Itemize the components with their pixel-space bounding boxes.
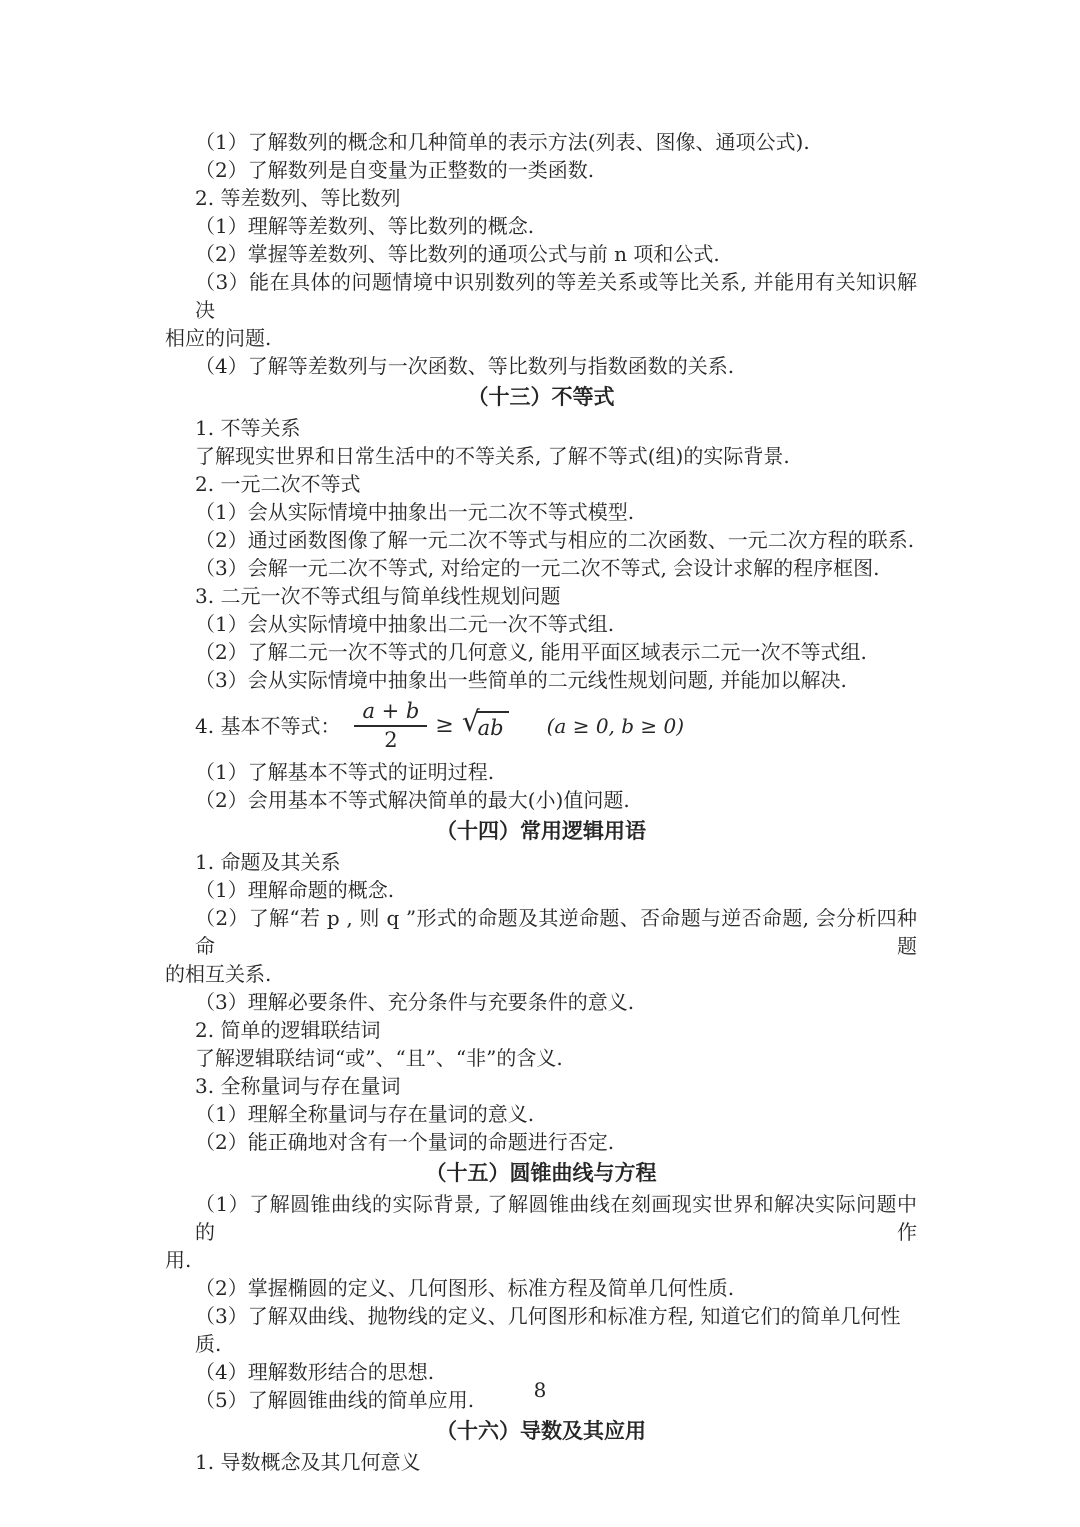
text-line: （3）会从实际情境中抽象出一些简单的二元线性规划问题, 并能加以解决. [195,666,917,694]
section-heading: （十四）常用逻辑用语 [165,817,917,845]
text-line: （1）理解全称量词与存在量词的意义. [195,1100,917,1128]
fraction: a + b2 [354,699,427,753]
text-line: （1）理解命题的概念. [195,876,917,904]
section-heading: （十六）导数及其应用 [165,1417,917,1445]
text-line: 1. 导数概念及其几何意义 [195,1448,917,1476]
text-line: （2）会用基本不等式解决简单的最大(小)值问题. [195,786,917,814]
section-heading: （十三）不等式 [165,383,917,411]
formula-label: 4. 基本不等式： [195,712,340,740]
text-line: （2）通过函数图像了解一元二次不等式与相应的二次函数、一元二次方程的联系. [195,526,917,554]
text-line: （3）理解必要条件、充分条件与充要条件的意义. [195,988,917,1016]
basic-inequality-formula: 4. 基本不等式：a + b2≥√ab(a ≥ 0, b ≥ 0) [195,694,917,758]
text-line: 2. 等差数列、等比数列 [195,184,917,212]
square-root: √ab [462,711,509,742]
text-line: （2）掌握椭圆的定义、几何图形、标准方程及简单几何性质. [195,1274,917,1302]
text-line: 2. 简单的逻辑联结词 [195,1016,917,1044]
text-line: （1）会从实际情境中抽象出二元一次不等式组. [195,610,917,638]
text-line: 3. 全称量词与存在量词 [195,1072,917,1100]
text-line: （4）了解等差数列与一次函数、等比数列与指数函数的关系. [195,352,917,380]
greater-equal-sign: ≥ [435,712,453,740]
text-line: 1. 命题及其关系 [195,848,917,876]
text-line: （3）能在具体的问题情境中识别数列的等差关系或等比关系, 并能用有关知识解决 [195,268,917,324]
text-line: （2）了解二元一次不等式的几何意义, 能用平面区域表示二元一次不等式组. [195,638,917,666]
text-line: （3）了解双曲线、抛物线的定义、几何图形和标准方程, 知道它们的简单几何性质. [195,1302,917,1358]
text-line: （1）了解数列的概念和几种简单的表示方法(列表、图像、通项公式). [195,128,917,156]
text-line: 的相互关系. [165,960,917,988]
text-line: （2）能正确地对含有一个量词的命题进行否定. [195,1128,917,1156]
page-number: 8 [0,1378,1080,1402]
section-heading: （十五）圆锥曲线与方程 [165,1159,917,1187]
text-line: （1）理解等差数列、等比数列的概念. [195,212,917,240]
text-line: （1）会从实际情境中抽象出一元二次不等式模型. [195,498,917,526]
text-line: 了解现实世界和日常生活中的不等关系, 了解不等式(组)的实际背景. [195,442,917,470]
text-line: 用. [165,1246,917,1274]
document-content: （1）了解数列的概念和几种简单的表示方法(列表、图像、通项公式).（2）了解数列… [165,128,917,1476]
text-line: （2）了解数列是自变量为正整数的一类函数. [195,156,917,184]
text-line: （1）了解基本不等式的证明过程. [195,758,917,786]
text-line: 1. 不等关系 [195,414,917,442]
formula-condition: (a ≥ 0, b ≥ 0) [547,712,684,740]
text-line: 了解逻辑联结词“或”、“且”、“非”的含义. [195,1044,917,1072]
text-line: （3）会解一元二次不等式, 对给定的一元二次不等式, 会设计求解的程序框图. [195,554,917,582]
text-line: （2）掌握等差数列、等比数列的通项公式与前 n 项和公式. [195,240,917,268]
text-line: （1）了解圆锥曲线的实际背景, 了解圆锥曲线在刻画现实世界和解决实际问题中的作 [195,1190,917,1246]
text-line: 2. 一元二次不等式 [195,470,917,498]
text-line: （2）了解“若 p , 则 q ”形式的命题及其逆命题、否命题与逆否命题, 会分… [195,904,917,960]
document-page: （1）了解数列的概念和几种简单的表示方法(列表、图像、通项公式).（2）了解数列… [0,0,1080,1527]
text-line: 相应的问题. [165,324,917,352]
text-line: 3. 二元一次不等式组与简单线性规划问题 [195,582,917,610]
